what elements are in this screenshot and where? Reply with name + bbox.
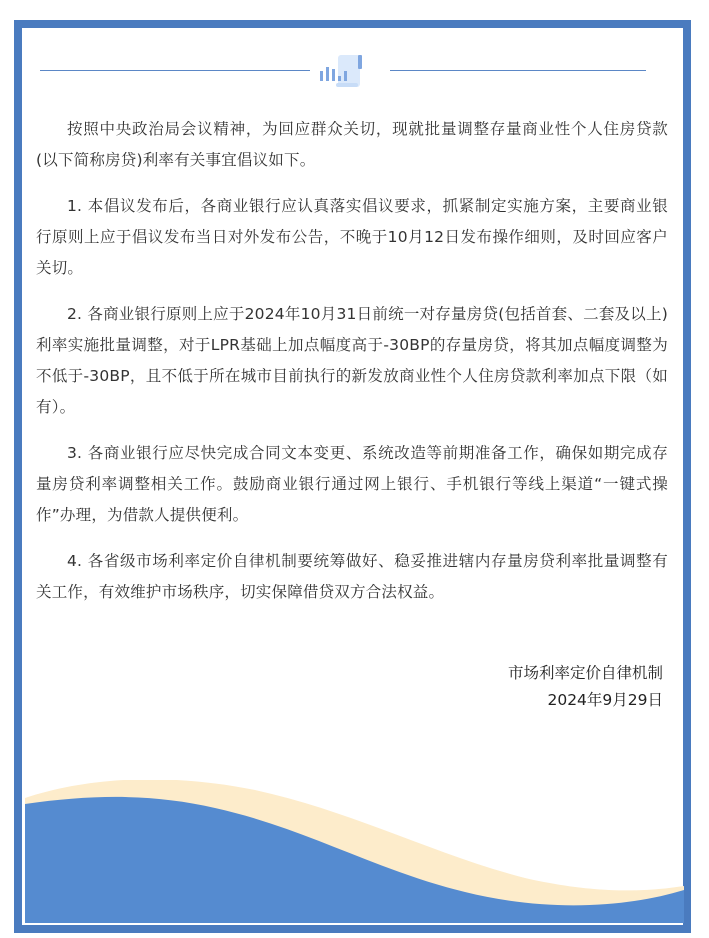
signature-date: 2024年9月29日 <box>508 687 663 714</box>
item-paragraph-2: 2. 各商业银行原则上应于2024年10月31日前统一对存量房贷(包括首套、二套… <box>36 299 668 423</box>
document-chart-icon <box>318 53 380 89</box>
item-paragraph-3: 3. 各商业银行应尽快完成合同文本变更、系统改造等前期准备工作，确保如期完成存量… <box>36 438 668 531</box>
item-paragraph-1: 1. 本倡议发布后，各商业银行应认真落实倡议要求，抓紧制定实施方案，主要商业银行… <box>36 191 668 284</box>
document-body: 按照中央政治局会议精神，为回应群众关切，现就批量调整存量商业性个人住房贷款(以下… <box>36 114 668 623</box>
document-header-decoration <box>40 50 650 90</box>
header-rule-right <box>390 70 646 71</box>
signature-block: 市场利率定价自律机制 2024年9月29日 <box>508 660 663 714</box>
item-paragraph-4: 4. 各省级市场利率定价自律机制要统筹做好、稳妥推进辖内存量房贷利率批量调整有关… <box>36 546 668 608</box>
wave-decoration <box>25 780 684 923</box>
intro-paragraph: 按照中央政治局会议精神，为回应群众关切，现就批量调整存量商业性个人住房贷款(以下… <box>36 114 668 176</box>
signature-organization: 市场利率定价自律机制 <box>508 660 663 687</box>
header-rule-left <box>40 70 310 71</box>
